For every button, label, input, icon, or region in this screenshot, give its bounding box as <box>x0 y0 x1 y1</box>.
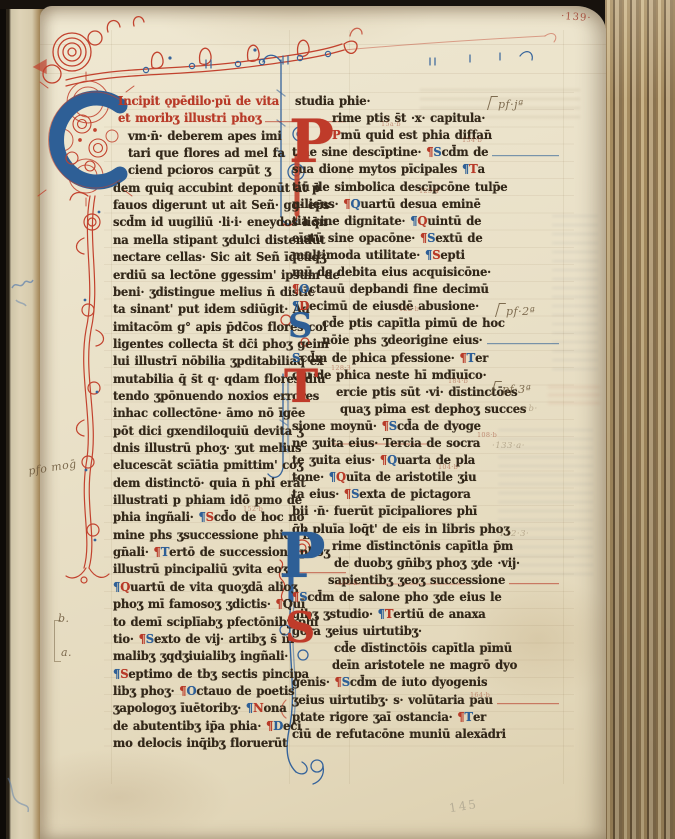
colored-initial: Q <box>120 580 130 596</box>
text-segment: tio· <box>113 632 139 648</box>
text-line: mū de debita eius acquisicōne· <box>292 263 562 281</box>
colored-initial: ¶ <box>198 510 205 526</box>
text-line: deīn aristotele ne magrō dyo <box>332 656 562 674</box>
text-segment: uīta de aristotile ʒiu <box>346 470 477 486</box>
text-segment: ona <box>264 701 287 717</box>
text-segment: cd̄e ptis capītla pimū de hoc <box>322 316 505 332</box>
colored-initial: Q <box>350 196 360 212</box>
colored-initial: ¶ <box>276 597 283 613</box>
text-segment: malibʒ ʒqdʒiuialibʒ ingñali· <box>113 649 288 665</box>
text-line: genis· ¶Scd̄m de iuto dyogenis <box>292 673 562 691</box>
text-segment: dnis illustrū phoʒ· ʒut melius <box>113 441 301 457</box>
text-segment: cd̄m de phica pfessione· <box>300 350 459 366</box>
margin-note: ·122·3· <box>496 529 529 539</box>
text-segment: eptimo de tbʒ sectis pincipa <box>128 666 309 682</box>
text-segment: nōie phs ʒdeorigine eius· <box>322 333 483 349</box>
colored-initial: S <box>433 145 441 161</box>
illuminated-initial-P: P <box>279 525 326 587</box>
text-line: eīstū sine opacōne· ¶Sextū de <box>292 228 562 246</box>
folio-number: ·139· <box>561 11 592 24</box>
text-segment: deīn aristotele ne magrō dyo <box>332 658 517 674</box>
colored-initial: Q <box>336 470 346 486</box>
text-segment: tari que flores ad mel fa <box>128 146 285 162</box>
text-segment: elucescāt scīātia pmittim' coʒ <box>113 458 303 474</box>
interlinear-mark: 152·b <box>243 505 263 513</box>
text-segment: pōt dici gxendiloquiū devita ʒ <box>113 423 303 439</box>
text-segment: er <box>473 709 486 725</box>
colored-initial: ¶ <box>382 419 389 435</box>
colored-initial: S <box>389 419 397 435</box>
text-segment: genis· <box>292 675 335 691</box>
text-line: cd̄e dīstinctōis capītla pīmū <box>334 639 562 657</box>
colored-initial: T <box>465 709 473 725</box>
text-segment: er <box>475 350 488 366</box>
illuminated-initial-T: T <box>284 363 318 409</box>
text-segment: ctauo de poetis <box>196 684 294 700</box>
colored-initial: T <box>161 545 169 561</box>
colored-initial: Q <box>387 453 397 469</box>
text-segment: ertiū de anaxa <box>393 607 485 623</box>
text-segment: ne ʒuita eius· Tercia de socra <box>292 436 480 452</box>
text-segment: ecimū de eiusdē abusione· <box>309 299 479 315</box>
text-segment: cd̄a de dyoge <box>397 419 481 435</box>
text-segment: phoʒ mī famosoʒ ʒdictis· <box>113 597 276 613</box>
text-segment: ciend pcioros carpūt ʒ <box>128 163 271 179</box>
facing-page-edge-and-gutter <box>0 9 44 839</box>
illuminated-initial-P: P <box>289 112 334 172</box>
margin-note: a. <box>61 646 72 659</box>
ruling-line-vertical <box>563 30 564 784</box>
colored-initial: S <box>146 632 154 648</box>
text-line: nōie phs ʒdeorigine eius· <box>322 331 562 349</box>
text-line: tone· ¶Quīta de aristotile ʒiu <box>292 468 562 486</box>
interlinear-mark: 184·b <box>448 377 468 385</box>
margin-note: ·133·a· <box>492 441 525 451</box>
margin-note: pf·2ª <box>497 303 535 318</box>
margin-note: pf·jª <box>489 96 524 111</box>
colored-initial: T <box>469 162 477 178</box>
interlinear-mark: 108·b <box>477 431 497 439</box>
text-segment: tiū de simbolica descīpcōne tulp̄e <box>292 179 508 195</box>
text-segment: cd̄e dīstinctōis capītla pīmū <box>334 641 512 657</box>
colored-initial: S <box>342 675 350 691</box>
text-segment: cd̄m de <box>442 145 489 161</box>
text-segment: bii ·n̄· fuerūt pīcipaliores phī <box>292 504 477 520</box>
text-segment: ta sinant' put idem sdiūgit· Ad <box>113 302 310 318</box>
interlinear-mark: 134·b <box>462 136 482 144</box>
text-line: ptate rigore ʒaī ostancia· ¶Ter <box>292 707 562 725</box>
text-segment: niliens· <box>292 196 343 212</box>
text-segment: phia ingñali· <box>113 510 198 526</box>
text-segment: mo delocis inq̄ibʒ floruerūt <box>113 736 287 752</box>
colored-initial: Q <box>417 213 427 229</box>
colored-initial: ¶ <box>154 545 161 561</box>
text-segment: vm·n̄· deberem apes imi <box>128 128 282 144</box>
text-segment: uartū de vita quoʒdā alioʒ <box>130 580 297 596</box>
interlinear-mark: 125·4 <box>419 187 439 195</box>
interlinear-mark: 164·b <box>470 691 490 699</box>
book-fore-edge-pages <box>605 0 675 839</box>
interlinear-mark: 128·3 <box>331 364 351 372</box>
text-line: te ʒuita eius· ¶Quarta de pla <box>292 451 562 469</box>
interlinear-mark: 15a·b <box>381 120 401 128</box>
margin-note: pf·3ª <box>493 381 531 396</box>
colored-initial: ¶ <box>329 470 336 486</box>
text-line: de duobʒ gn̄ibʒ phoʒ ʒde ·vij· <box>334 553 562 571</box>
text-segment: sione moynū· <box>292 419 382 435</box>
colored-initial: ¶ <box>378 607 385 623</box>
text-segment: ercie ptis sūt ·vi· dīstinctōes <box>336 384 517 400</box>
text-line: multimoda utilitate· ¶Septi <box>292 246 562 264</box>
text-segment: de abutentibʒ ip̄a phia· <box>113 718 266 734</box>
text-segment: uarta de pla <box>397 453 475 469</box>
colored-initial: D <box>273 718 283 734</box>
colored-initial: ¶ <box>457 709 464 725</box>
text-line: sione moynū· ¶Scd̄a de dyoge <box>292 417 562 435</box>
text-line: sapientibʒ ʒeoʒ successione <box>328 570 562 588</box>
text-segment: uintū de <box>427 213 481 229</box>
colored-initial: ¶ <box>459 350 466 366</box>
text-segment: quaʒ pima est dephoʒ succes <box>340 402 526 418</box>
text-line: ¶Octauū depbandi fine decimū <box>292 280 562 298</box>
text-segment: ctauū depbandi fine decimū <box>309 282 489 298</box>
text-line: Pmū quid est phia diffan̄ <box>332 126 562 144</box>
text-segment: tone· <box>292 470 329 486</box>
text-line: gibʒ ʒstudio· ¶Tertiū de anaxa <box>292 605 562 623</box>
text-segment: ciū de refutacōne muniū alexādri <box>292 726 506 742</box>
colored-initial: ¶ <box>139 632 146 648</box>
colored-initial: S <box>206 510 214 526</box>
text-segment: ta eius· <box>292 487 344 503</box>
text-segment: illustrū pincipaliū ʒvita eoʒ <box>113 562 288 578</box>
text-segment: uartū desua eminē <box>360 196 480 212</box>
text-segment: ptate rigore ʒaī ostancia· <box>292 709 457 725</box>
text-line: rime ptis s̄t ·x· capitula· <box>332 109 562 127</box>
colored-initial: et moribʒ illustri phoʒ <box>118 111 261 127</box>
colored-initial: O <box>186 684 196 700</box>
margin-bracket <box>54 620 61 662</box>
text-segment: cd̄m de salone pho ʒde eius le <box>307 590 501 606</box>
line-filler <box>492 155 559 156</box>
colored-initial: O <box>299 282 309 298</box>
interlinear-mark: 122·b <box>399 305 419 313</box>
text-line: gora ʒeius uirtutibʒ· <box>292 622 562 640</box>
margin-note: b. <box>58 612 70 625</box>
text-segment: exto de vij· artibʒ s̄ īn <box>154 632 294 648</box>
text-segment: beni· ʒdistingue melius n̄ distīc <box>113 285 315 301</box>
illuminated-initial-S: S <box>285 607 315 649</box>
colored-initial: Incipit ǫpēdilo·pū de vita <box>118 94 279 110</box>
text-line: niliens· ¶Quartū desua eminē <box>292 194 562 212</box>
text-line: imitacōm g° apis p̄dc̄os flores col <box>113 317 349 335</box>
manuscript-photo: ·139· 145 Incipit ǫpēdilo·pū de vitaet m… <box>0 0 675 839</box>
text-segment: libʒ phoʒ· <box>113 684 179 700</box>
text-line: bii ·n̄· fuerūt pīcipaliores phī <box>292 502 562 520</box>
text-line: tia sine dignitate· ¶Quintū de <box>292 211 562 229</box>
text-segment: rime ptis s̄t ·x· capitula· <box>332 111 485 127</box>
margin-note: ʒ·b· <box>520 404 538 414</box>
interlinear-mark: 165·b <box>338 579 358 587</box>
text-segment: cd̄m de iuto dyogenis <box>350 675 487 691</box>
ruling-line-top <box>40 44 606 45</box>
ruling-line-top <box>40 73 606 74</box>
text-segment: te ʒuita eius· <box>292 453 380 469</box>
interlinear-mark: 104·b <box>438 463 458 471</box>
colored-initial: N <box>253 701 263 717</box>
text-segment: extū de <box>435 231 482 247</box>
colored-initial: T <box>467 350 475 366</box>
ruling-line-vertical <box>111 30 112 784</box>
colored-initial: ¶ <box>335 675 342 691</box>
text-segment: a <box>478 162 485 178</box>
text-segment: illustrati p phiam idō pmo de <box>113 493 302 509</box>
text-segment: mū de debita eius acquisicōne· <box>292 265 491 281</box>
text-segment: dem distinctō· quia n̄ phi erāt <box>113 475 306 491</box>
text-segment: epti <box>440 248 464 264</box>
text-segment: rime dīstinctōnis capītla p̄m <box>332 538 513 554</box>
text-line: ʒeius uirtutibʒ· s· volūtaria pau <box>292 690 562 708</box>
text-segment: ʒapologoʒ īuētoribʒ· <box>113 701 246 717</box>
text-segment: de duobʒ gn̄ibʒ phoʒ ʒde ·vij· <box>334 555 520 571</box>
text-segment: multimoda utilitate· <box>292 248 425 264</box>
text-segment: gn̄ali· <box>113 545 154 561</box>
text-segment: eīstū sine opacōne· <box>292 231 420 247</box>
illuminated-initial-S: S <box>288 309 313 343</box>
text-segment: dem quiq accubint deponūt at p̄ <box>113 180 320 196</box>
text-segment: tia sine dignitate· <box>292 213 410 229</box>
line-filler <box>497 703 559 704</box>
line-filler <box>487 344 559 345</box>
text-segment: ʒeius uirtutibʒ· s· volūtaria pau <box>292 692 493 708</box>
text-line: ¶Scd̄m de salone pho ʒde eius le <box>292 588 562 606</box>
text-line: ta eius· ¶Sexta de pictagora <box>292 485 562 503</box>
text-segment: exta de pictagora <box>359 487 470 503</box>
text-line: ciū de refutacōne muniū alexādri <box>292 724 562 742</box>
text-segment: inhac collectōne· āmo nō īgēe <box>113 406 305 422</box>
line-filler <box>509 583 559 584</box>
